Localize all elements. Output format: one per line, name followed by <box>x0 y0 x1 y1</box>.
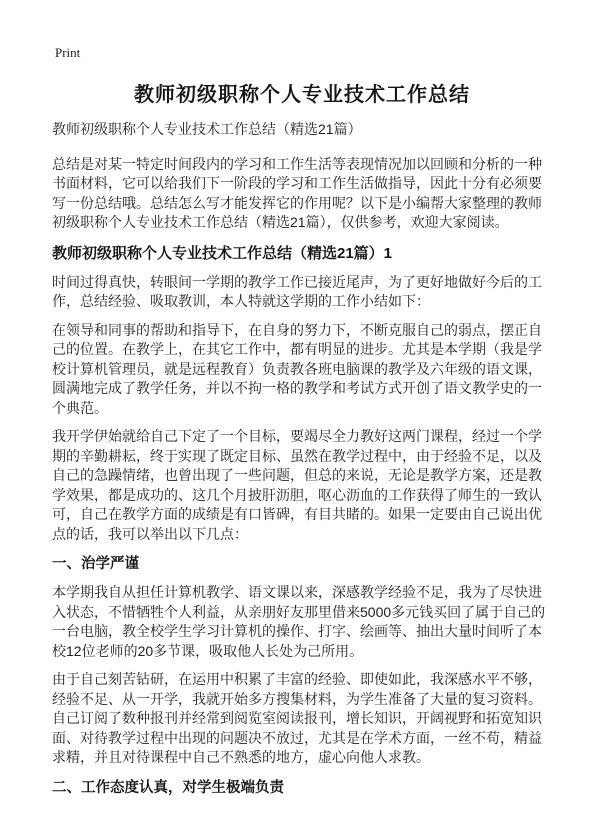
section-1-paragraph-1: 时间过得真快，转眼间一学期的教学工作已接近尾声，为了更好地做好今后的工作，总结经… <box>52 273 552 312</box>
page-title: 教师初级职称个人专业技术工作总结 <box>52 83 552 107</box>
section-1-paragraph-2: 在领导和同事的帮助和指导下，在自身的努力下，不断克服自己的弱点，摆正自己的位置。… <box>52 321 552 419</box>
print-button[interactable]: Print <box>55 45 80 60</box>
document-page: Print 教师初级职称个人专业技术工作总结 教师初级职称个人专业技术工作总结（… <box>0 0 600 828</box>
article-subtitle: 教师初级职称个人专业技术工作总结（精选21篇） <box>52 120 552 140</box>
subsection-1-paragraph-1: 本学期我自从担任计算机教学、语文课以来，深感教学经验不足，我为了尽快进入状态，不… <box>52 583 552 661</box>
subsection-2-heading: 二、工作态度认真，对学生极端负责 <box>52 778 552 798</box>
section-1-paragraph-3: 我开学伊始就给自己下定了一个目标，要竭尽全力教好这两门课程，经过一个学期的辛勤耕… <box>52 427 552 544</box>
subsection-1-paragraph-2: 由于自己刻苦钻研，在运用中积累了丰富的经验、即使如此，我深感水平不够，经验不足、… <box>52 670 552 768</box>
intro-paragraph: 总结是对某一特定时间段内的学习和工作生活等表现情况加以回顾和分析的一种书面材料，… <box>52 155 552 233</box>
section-1-heading: 教师初级职称个人专业技术工作总结（精选21篇）1 <box>52 244 552 264</box>
subsection-1-heading: 一、治学严谨 <box>52 554 552 574</box>
